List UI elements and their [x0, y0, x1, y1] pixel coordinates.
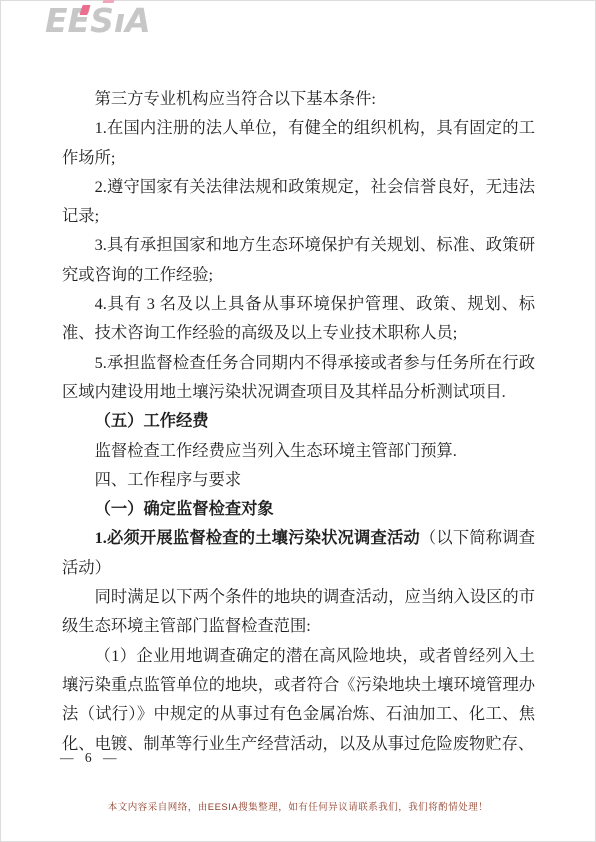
- section-heading-inspection-targets: （一）确定监督检查对象: [62, 494, 535, 523]
- section-heading-work-funding: （五）工作经费: [62, 406, 535, 435]
- body-paragraph: （1）企业用地调查确定的潜在高风险地块，或者曾经列入土壤污染重点监管单位的地块，…: [62, 641, 535, 758]
- logo-letter-i: ı: [114, 1, 125, 40]
- body-paragraph: 第三方专业机构应当符合以下基本条件:: [62, 84, 535, 113]
- footer-disclaimer: 本文内容采自网络，由EESIA搜集整理，如有任何异议请联系我们，我们将酌情处理！: [0, 802, 596, 814]
- body-paragraph: 1.在国内注册的法人单位，有健全的组织机构，具有固定的工作场所;: [62, 113, 535, 172]
- logo-text-ees: EES: [45, 1, 114, 40]
- body-paragraph: 4.具有 3 名及以上具备从事环境保护管理、政策、规划、标准、技术咨询工作经验的…: [62, 289, 535, 348]
- logo-text-a: A: [125, 1, 151, 40]
- document-body: 第三方专业机构应当符合以下基本条件: 1.在国内注册的法人单位，有健全的组织机构…: [62, 84, 535, 758]
- logo-pink-sliver-icon: [103, 0, 115, 3]
- page-number: — 6 —: [60, 750, 121, 766]
- body-paragraph: 2.遵守国家有关法律法规和政策规定，社会信誉良好，无违法记录;: [62, 172, 535, 231]
- section-heading-procedures: 四、工作程序与要求: [62, 465, 535, 494]
- body-paragraph: 5.承担监督检查任务合同期内不得承接或者参与任务所在行政区域内建设用地土壤污染状…: [62, 348, 535, 407]
- eesia-logo: EESıA: [45, 2, 151, 40]
- body-paragraph: 3.具有承担国家和地方生态环境保护有关规划、标准、政策研究或咨询的工作经验;: [62, 230, 535, 289]
- document-page: { "logo": { "part1": "EES", "part2": "ı"…: [0, 0, 596, 842]
- body-paragraph-mixed: 1.必须开展监督检查的土壤污染状况调查活动（以下简称调查活动）: [62, 523, 535, 582]
- body-paragraph: 同时满足以下两个条件的地块的调查活动，应当纳入设区的市级生态环境主管部门监督检查…: [62, 582, 535, 641]
- body-paragraph: 监督检查工作经费应当列入生态环境主管部门预算.: [62, 436, 535, 465]
- inline-bold-heading: 1.必须开展监督检查的土壤污染状况调查活动: [95, 528, 420, 547]
